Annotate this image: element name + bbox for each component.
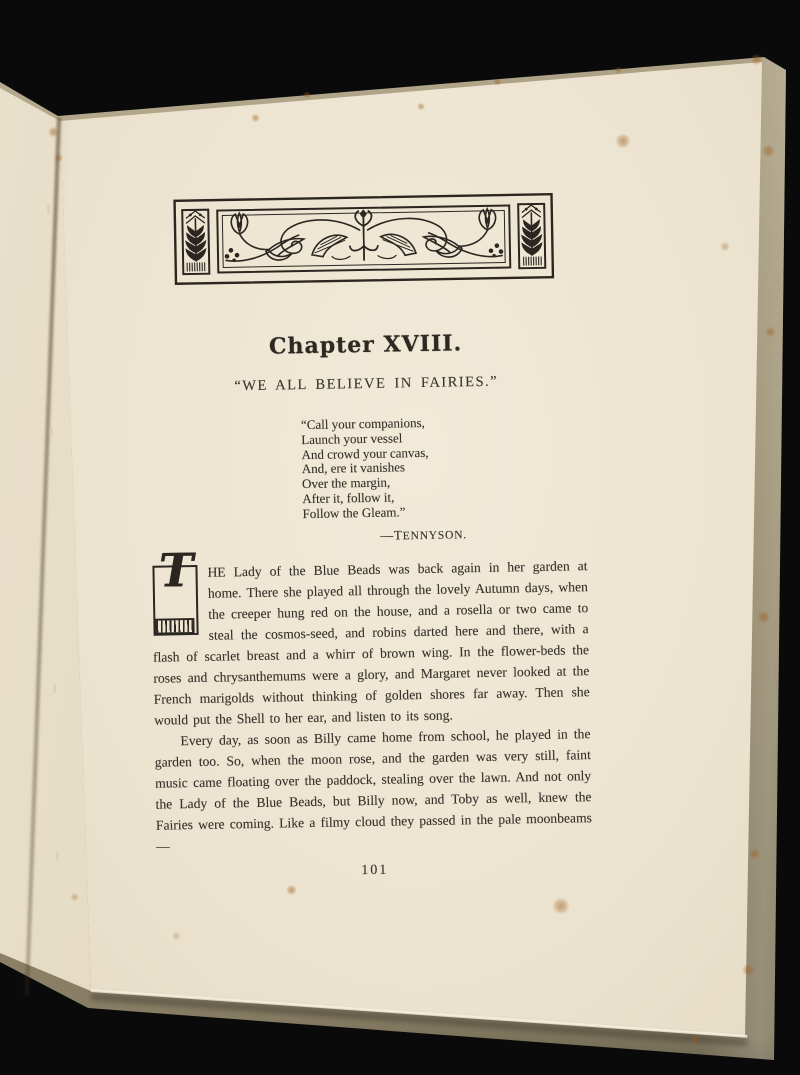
book-page: Chapter XVIII. “WE ALL BELIEVE IN FAIRIE…: [0, 0, 800, 1075]
page-content: Chapter XVIII. “WE ALL BELIEVE IN FAIRIE…: [145, 192, 593, 882]
page-number: 101: [157, 859, 593, 883]
paragraph-text: Every day, as soon as Billy came home fr…: [155, 726, 592, 854]
drop-cap-letter: T: [155, 560, 196, 582]
attribution-dash: —T: [380, 527, 403, 542]
chapter-title: “WE ALL BELIEVE IN FAIRIES.”: [148, 372, 584, 397]
drop-cap-box: T: [152, 565, 198, 636]
binding-stitch: [47, 205, 50, 214]
epigraph: “Call your companions, Launch your vesse…: [301, 413, 587, 522]
book-photo: Chapter XVIII. “WE ALL BELIEVE IN FAIRIE…: [0, 0, 800, 1075]
headpiece-ornament-icon: [173, 193, 554, 286]
epigraph-attribution: —TENNYSON.: [151, 526, 467, 548]
paragraph: T HE Lady of the Blue Beads was back aga…: [151, 555, 590, 731]
binding-stitch: [56, 852, 59, 861]
binding-stitch: [50, 428, 53, 437]
attribution-name: ENNYSON.: [403, 529, 467, 542]
chapter-heading: Chapter XVIII.: [147, 328, 583, 362]
drop-cap-stripes-ornament: [154, 618, 194, 635]
epigraph-line: Follow the Gleam.”: [302, 502, 586, 522]
paragraph-text: HE Lady of the Blue Beads was back again…: [153, 558, 590, 728]
paragraph: Every day, as soon as Billy came home fr…: [154, 723, 592, 857]
binding-stitch: [53, 684, 56, 693]
body-text: T HE Lady of the Blue Beads was back aga…: [151, 555, 592, 857]
